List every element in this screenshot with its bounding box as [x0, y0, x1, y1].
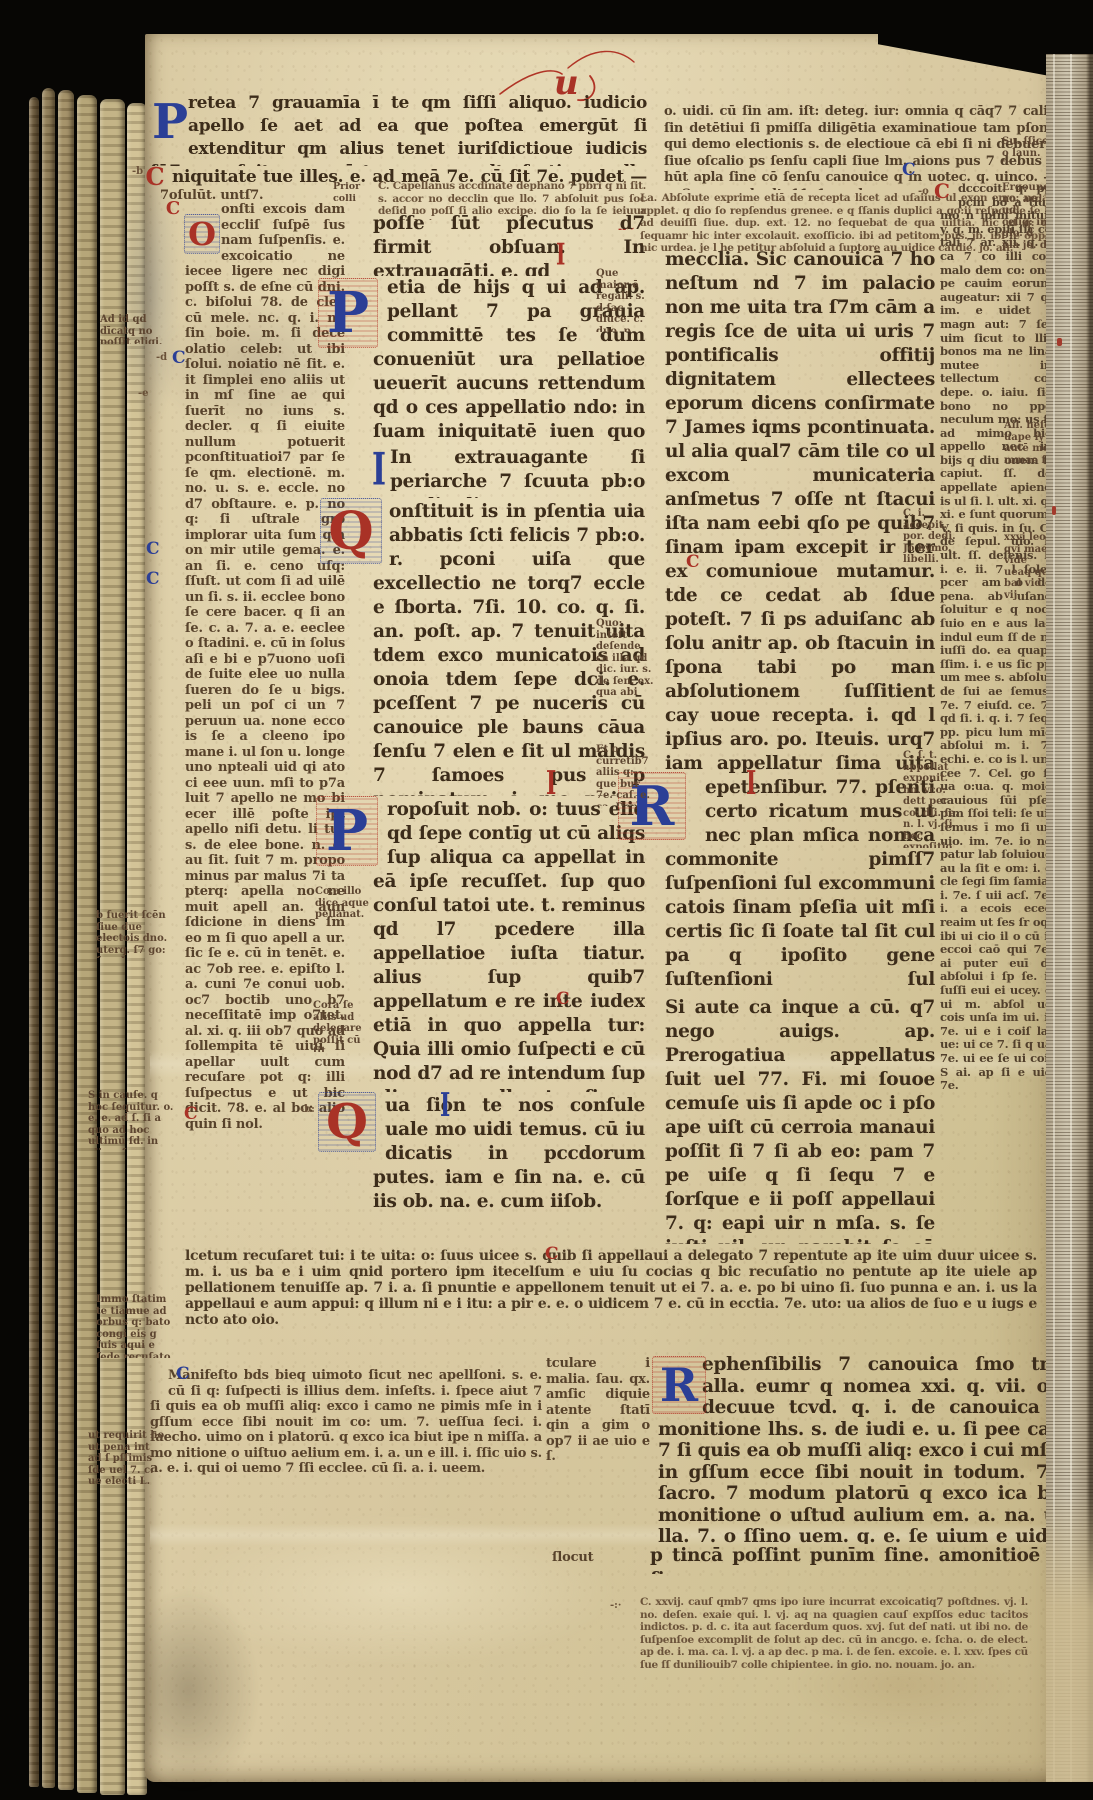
top-right-gloss-block: o. uidi. cū ſin am. iſt: deteg. iur: omn…	[664, 104, 1056, 190]
drop-cap-q-col1: Q	[320, 498, 382, 564]
top-left-text: retea 7 grauamīa ī te qm ſiſſi aliquo. i…	[150, 93, 647, 166]
paraph-mark: C	[184, 1106, 198, 1123]
margin-note: Co:a illo dice aque pellanat.	[315, 886, 371, 926]
bottom-left-text: Manifeſto bds bieq uimoto ſicut nec apel…	[150, 1368, 542, 1476]
bottom-right-text-block: ephenſibilis 7 canouica ſmo tmu. alla. e…	[658, 1354, 1078, 1544]
margin-note: Ad id qd dīcatq no poſſit eligi.	[100, 314, 184, 344]
page-edge-strip	[42, 88, 55, 1788]
fore-edge-pages	[1046, 54, 1093, 1782]
main-column-2-paragraph: mecclia. Sic canouicā 7 ho neſtum nd 7 i…	[665, 248, 935, 774]
main-column-2-paragraph: epetenſibur. 77. pſenti certo ricatum mu…	[665, 776, 935, 994]
paragraph-text: epetenſibur. 77. pſenti certo ricatum mu…	[665, 777, 935, 994]
tie-mark: -b	[132, 166, 143, 177]
margin-note: Que maior ē regali. s. d ſac diuce. c. d…	[596, 268, 650, 332]
final-text-line: p tincā poſſint punīm ſine. amonitioē 7 …	[650, 1544, 1062, 1574]
left-gloss-column: onſti excois dam eccliſ ſuſpē ſus nam ſu…	[185, 202, 345, 1246]
note-dash-mark: -:·	[610, 1600, 621, 1611]
margin-note: C. i. accepit. por. dedi. Jo hymo. libel…	[903, 508, 961, 562]
drop-cap-r-bottom: R	[652, 1356, 706, 1414]
page-edge-strip	[77, 95, 97, 1793]
paraph-mark: C	[172, 350, 186, 367]
page-edge-strip	[58, 90, 74, 1790]
bottom-right-text: ephenſibilis 7 canouica ſmo tmu. alla. e…	[658, 1354, 1078, 1544]
margin-note: Quo: inteſt deſende cā illa qd dic. iur.…	[596, 618, 654, 698]
rubric-initial-c: C	[144, 163, 166, 189]
top-left-text-block: retea 7 grauamīa ī te qm ſiſſi aliquo. i…	[150, 92, 647, 166]
blue-i-initial: I	[372, 444, 386, 497]
manuscript-photo: u retea 7 grauamīa ī te qm ſiſſi aliquo.…	[0, 0, 1093, 1800]
paraph-mark: C	[902, 162, 916, 179]
bottom-mini-column: tculare i malia. ſau. qx. amſic diquie a…	[546, 1356, 650, 1490]
full-width-gloss-block: lcetum recuſaret tui: i te uita: o: ſuus…	[185, 1248, 1037, 1344]
main-column-1-paragraph: ropoſuit nob. o: tuus eliē qd ſepe contī…	[373, 798, 645, 1092]
paraph-mark: C	[556, 991, 570, 1008]
tie-mark: -o	[918, 186, 929, 197]
margin-note: Ergoune no. axd ud. celig: in glo. d pla…	[1002, 182, 1052, 274]
final-line-lead: ſlocut	[552, 1550, 624, 1572]
margin-note: ut requirit ho ut pena int ad ſ pſſimis …	[88, 1430, 166, 1486]
paraph-mark: C	[545, 1246, 559, 1263]
paragraph-text: ropoſuit nob. o: tuus eliē qd ſepe contī…	[373, 799, 645, 1092]
page-edge-strip	[29, 97, 39, 1787]
left-gloss-initial-o: O	[184, 214, 220, 254]
red-i-initial: I	[746, 764, 756, 803]
margin-note: C. ſ. t. appellat exponit. ho. vco: dett…	[903, 750, 963, 848]
drop-cap-q-col1b: Q	[318, 1092, 376, 1152]
tie-mark: -d	[156, 352, 167, 363]
main-column-1-paragraph: ua ſion te nos conſule uale mo uidi temu…	[373, 1094, 645, 1244]
paraph-mark: C	[686, 554, 700, 571]
main-column-2-paragraph: Si aute ca inque a cū. q7 nego auigs. ap…	[665, 996, 935, 1244]
margin-note: Cora ſe aliis ud delegare poſſit cū ſit …	[313, 1000, 371, 1052]
paragraph-text: ua ſion te nos conſule uale mo uidi temu…	[373, 1095, 645, 1212]
main-column-1-paragraph: In extrauagante ſi periarche 7 ſcuuta pb…	[390, 446, 645, 498]
tie-mark: -e	[138, 388, 149, 399]
red-speck	[1052, 506, 1056, 515]
bottom-left-gloss-block: Manifeſto bds bieq uimoto ſicut nec apel…	[150, 1368, 542, 1490]
drop-cap-p-col1: P	[318, 278, 378, 348]
red-i-initial: I	[546, 764, 556, 803]
paraph-mark: C	[146, 571, 160, 588]
red-speck	[1057, 338, 1062, 346]
drop-cap-p: P	[148, 94, 192, 150]
drop-cap-p-col1b: P	[316, 796, 378, 866]
tie-mark: -b:	[300, 1104, 315, 1115]
bottom-apparatus-note: C. xxvij. cauſ qmb7 qms ipo iure incurra…	[640, 1596, 1028, 1684]
red-i-initial: I	[556, 236, 565, 272]
main-column-1-paragraph: poſſe ſūt pſecutus d7 firmit obſuan. In …	[373, 212, 645, 276]
paraph-mark: C	[146, 541, 160, 558]
paraph-mark: C	[176, 1366, 190, 1383]
margin-note: b fuerit ſcēn ſiue due electois dno. ute…	[96, 910, 170, 958]
margin-note: S in cauſe. q hoc ſequitur. o. e. e. ad …	[88, 1090, 174, 1150]
blue-i-initial: I	[440, 1086, 450, 1125]
right-gloss-text: dcccoit. q: pp pcin bo a tius mo n ipſm …	[940, 182, 1052, 1092]
right-gloss-initial-c: C	[932, 180, 952, 202]
fore-edge-lower	[1046, 1494, 1093, 1782]
margin-note: Et o curretib7 aliis q: que bur 7e. caſ.…	[596, 744, 654, 806]
margin-note: Immo ſtatim te tiamue ad orbus q: bato c…	[96, 1294, 174, 1358]
initial-slot	[150, 1368, 168, 1384]
left-gloss-initial-c: C	[164, 198, 182, 218]
